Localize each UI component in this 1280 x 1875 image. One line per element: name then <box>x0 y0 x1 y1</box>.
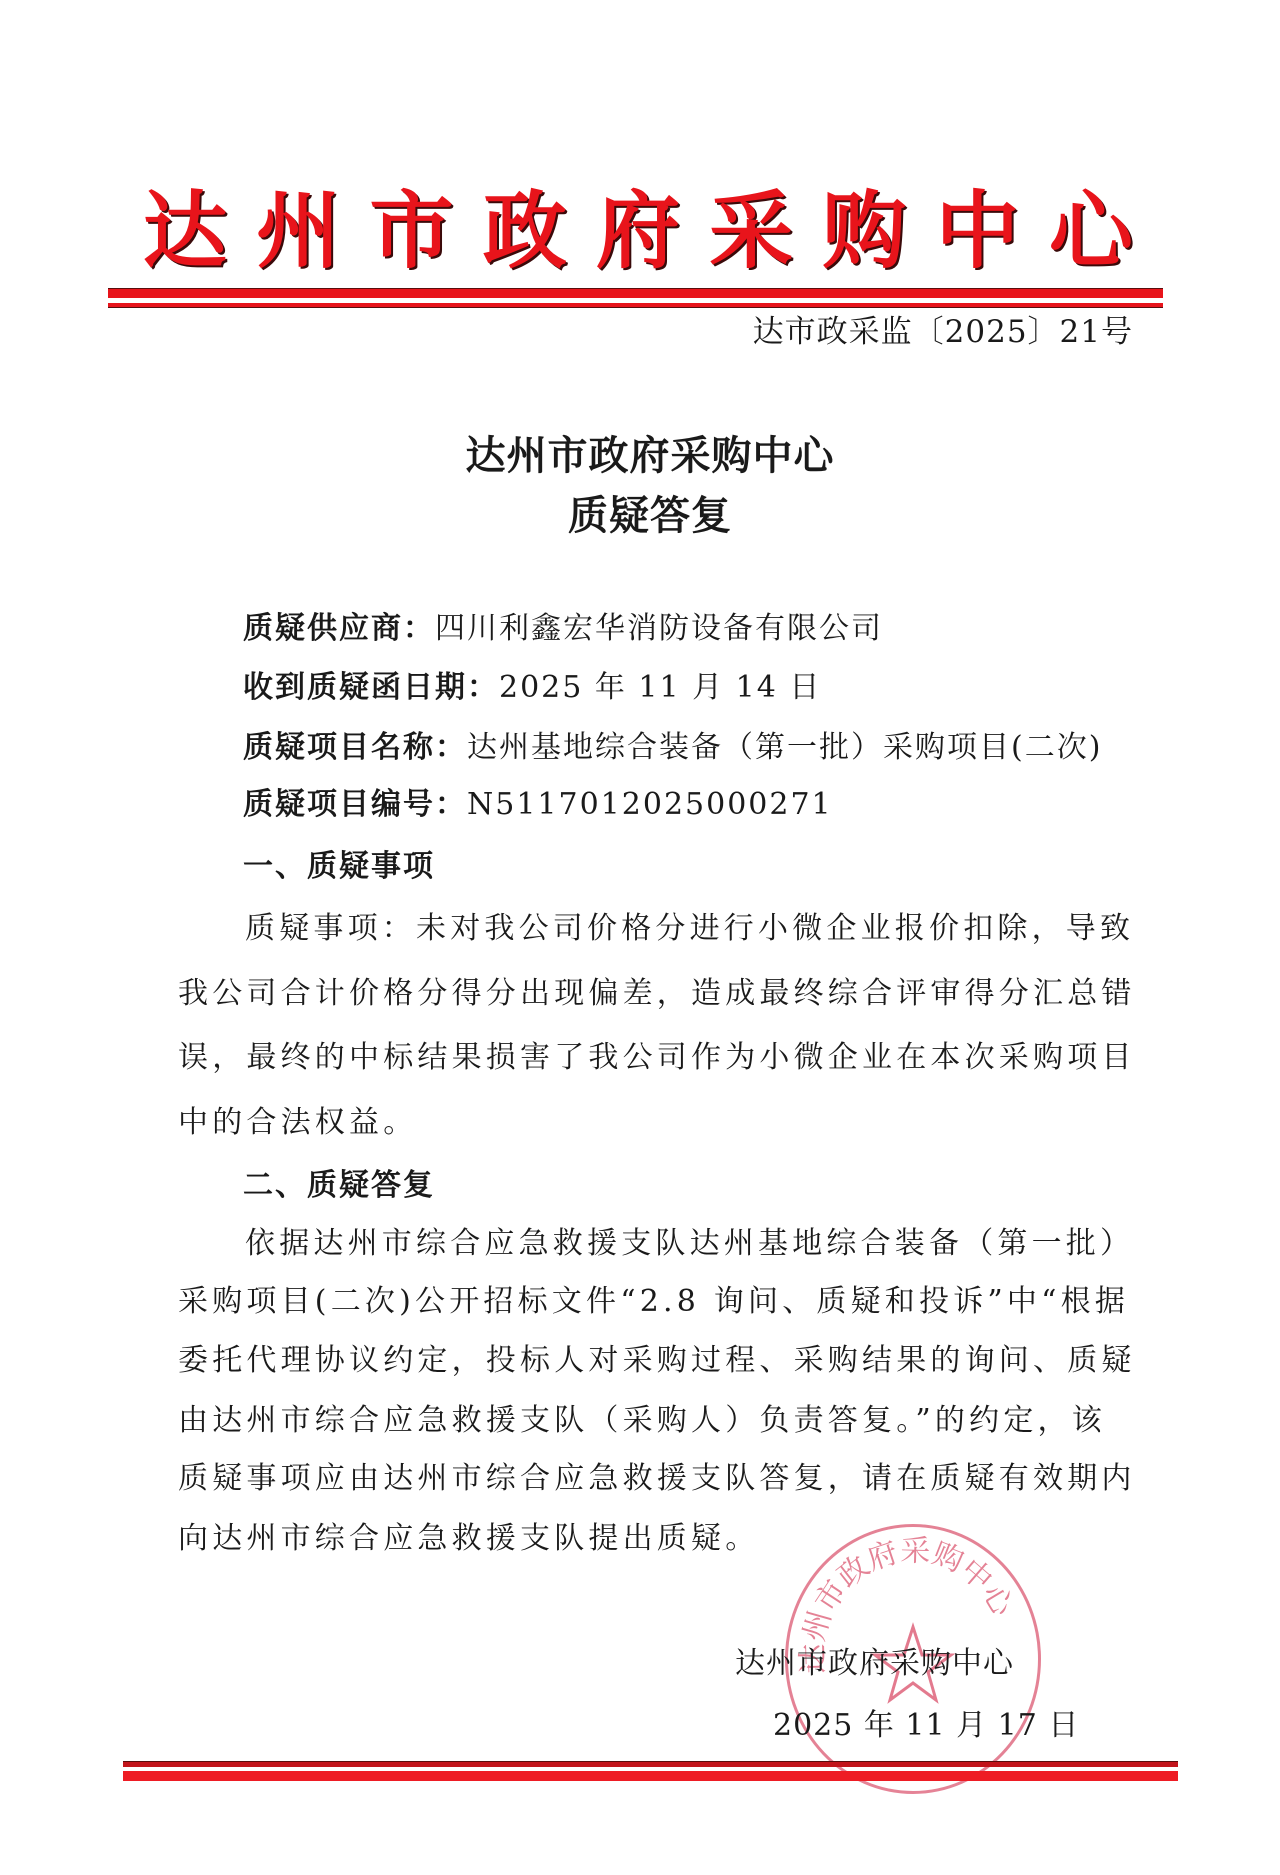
letterhead-char: 府 <box>596 164 680 285</box>
field-value: 四川利鑫宏华消防设备有限公司 <box>435 611 883 646</box>
letterhead-char: 中 <box>936 164 1020 285</box>
letterhead-char: 心 <box>1049 164 1133 285</box>
section2-heading: 二、质疑答复 <box>243 1160 435 1204</box>
field-value: 达州基地综合装备（第一批）采购项目(二次) <box>467 730 1102 765</box>
field-supplier: 质疑供应商：四川利鑫宏华消防设备有限公司 <box>243 603 883 647</box>
section1-heading: 一、质疑事项 <box>243 841 435 885</box>
section2-paragraph-line: 依据达州市综合应急救援支队达州基地综合装备（第一批） <box>245 1218 1205 1262</box>
document-title-line1: 达州市政府采购中心 <box>0 424 1280 481</box>
field-project-name: 质疑项目名称：达州基地综合装备（第一批）采购项目(二次) <box>243 722 1102 766</box>
signature-org: 达州市政府采购中心 <box>735 1638 1014 1682</box>
letterhead-char: 州 <box>256 164 340 285</box>
field-label: 质疑项目编号： <box>243 787 467 822</box>
footer-divider-thick <box>123 1771 1178 1781</box>
letterhead-divider-thick <box>108 288 1163 298</box>
field-label: 质疑供应商： <box>243 611 435 646</box>
field-value: N5117012025000271 <box>467 787 833 822</box>
field-value: 2025 年 11 月 14 日 <box>499 670 821 705</box>
letterhead-char: 采 <box>709 164 793 285</box>
letterhead-org-name: 达 州 市 政 府 采 购 中 心 <box>143 176 1133 272</box>
section1-paragraph-line: 质疑事项：未对我公司价格分进行小微企业报价扣除，导致 <box>245 903 1205 947</box>
document-number: 达市政采监〔2025〕21号 <box>753 306 1133 351</box>
section2-paragraph-line: 由达州市综合应急救援支队（采购人）负责答复。”的约定，该 <box>178 1395 1138 1439</box>
section2-paragraph-line: 委托代理协议约定，投标人对采购过程、采购结果的询问、质疑 <box>178 1335 1138 1379</box>
section2-paragraph-line: 采购项目(二次)公开招标文件“2.8 询问、质疑和投诉”中“根据 <box>178 1276 1138 1320</box>
letterhead-char: 达 <box>143 164 227 285</box>
field-project-number: 质疑项目编号：N5117012025000271 <box>243 779 833 823</box>
section1-paragraph-line: 误，最终的中标结果损害了我公司作为小微企业在本次采购项目 <box>178 1032 1138 1076</box>
letterhead-char: 政 <box>483 164 567 285</box>
field-label: 收到质疑函日期： <box>243 670 499 705</box>
footer-divider-thin <box>123 1761 1178 1767</box>
signature-date: 2025 年 11 月 17 日 <box>773 1700 1079 1744</box>
field-label: 质疑项目名称： <box>243 730 467 765</box>
section2-paragraph-line: 质疑事项应由达州市综合应急救援支队答复，请在质疑有效期内 <box>178 1453 1138 1497</box>
letterhead-char: 购 <box>822 164 906 285</box>
letterhead-char: 市 <box>369 164 453 285</box>
section1-paragraph-line: 我公司合计价格分得分出现偏差，造成最终综合评审得分汇总错 <box>178 968 1138 1012</box>
document-title-line2: 质疑答复 <box>0 484 1280 541</box>
field-received-date: 收到质疑函日期：2025 年 11 月 14 日 <box>243 662 821 706</box>
section1-paragraph-line: 中的合法权益。 <box>178 1097 1138 1141</box>
